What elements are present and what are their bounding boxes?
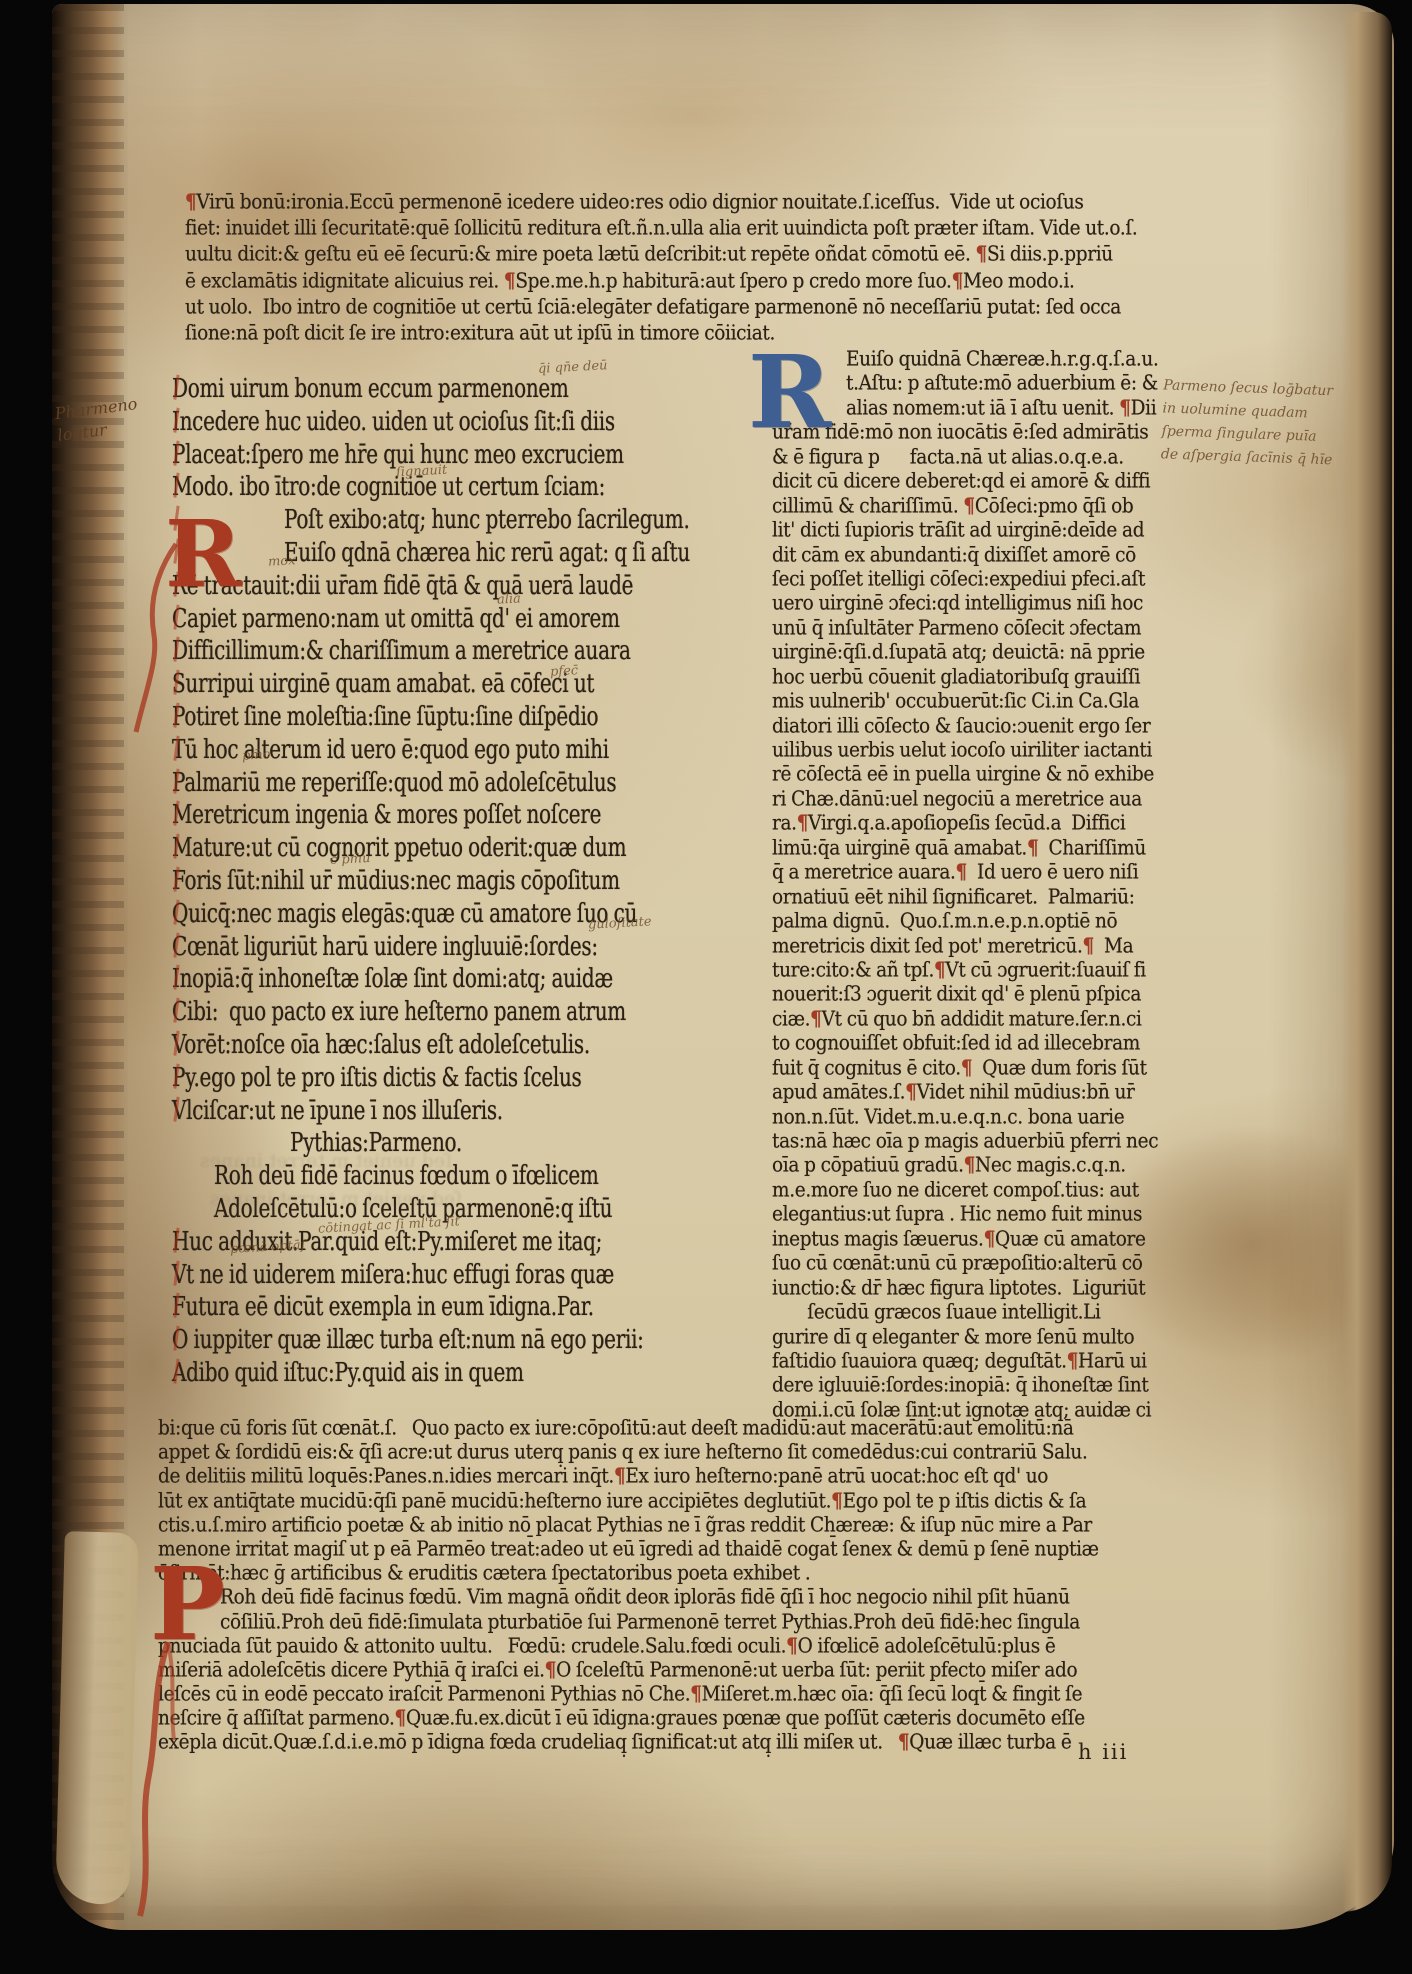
commentary-line: limū:q̄a uirginē quā amabat.¶ Chariſſimū bbox=[772, 836, 1168, 863]
commentary-line: uilibus uerbis uelut iocoſo uiriliter ia… bbox=[772, 738, 1168, 765]
commentary-line: ſione:nā poſt dicit ſe ire intro:exitura… bbox=[185, 320, 1170, 349]
commentary-line: dicit cū dicere deberet:qd ei amorē & di… bbox=[772, 469, 1168, 496]
commentary-line: ctis.u.ſ.miro artificio poetæ & ab initi… bbox=[158, 1513, 1163, 1540]
commentary-line: uirginē:q̄ſi.d.ſupatā atq; deuictā: nā p… bbox=[772, 640, 1168, 667]
commentary-line: pnūciada ſūt pauido & attonito uultu. Fœ… bbox=[158, 1633, 1163, 1660]
commentary-line: ture:cito:& añ tpſ.¶Vt cū ɔgruerit:ſuaui… bbox=[772, 958, 1168, 985]
commentary-line: de delitiis militū loquēs:Panes.n.idies … bbox=[158, 1464, 1163, 1491]
commentary-line: t.Aſtu: p aſtute:mō aduerbium ē: & bbox=[772, 371, 1168, 398]
commentary-group: pnūciada ſūt pauido & attonito uultu. Fœ… bbox=[158, 1635, 1163, 1756]
commentary-line: ē exclamātis idignitate alicuius rei. ¶S… bbox=[185, 267, 1170, 296]
illuminated-initial-R: R bbox=[748, 342, 831, 442]
commentary-line: menone irritat̄ magiſ ut p eā Parmēo tre… bbox=[158, 1537, 1163, 1564]
commentary-line: ciæ.¶Vt cū quo bn̄ addidit mature.ſer.n.… bbox=[772, 1007, 1168, 1034]
commentary-line: non.n.ſūt. Videt.m.u.e.q.n.c. bona uarie bbox=[772, 1104, 1168, 1131]
commentary-line: diatori illi cōſecto & ſaucio:ɔuenit erg… bbox=[772, 713, 1168, 740]
book-page-photo: { "page": { "signature": "h iii", "color… bbox=[0, 0, 1412, 1974]
commentary-line: ineptus magis ſæuerus.¶Quæ cū amatore bbox=[772, 1227, 1168, 1254]
commentary-line: mis uulnerib' occubuerūt:ſic Ci.in Ca.Gl… bbox=[772, 689, 1168, 716]
commentary-line: gurire dī q eleganter & more ſenū multo bbox=[772, 1324, 1168, 1351]
commentary-line: ſuo cū cœnāt:unū cū præpoſitio:alterū cō bbox=[772, 1251, 1168, 1278]
right-margin-annotation: Parmeno ſecus loḡbaturin uolumine quadam… bbox=[1160, 374, 1373, 473]
interlinear-gloss: pfec̄ bbox=[550, 663, 579, 679]
commentary-line: fiet: inuidet illi ſecuritatē:quē ſollic… bbox=[185, 215, 1170, 244]
commentary-line: elegantius:ut ſupra . Hic nemo fuit minu… bbox=[772, 1202, 1168, 1229]
commentary-group: bi:que cū foris ſūt cœnāt.ſ. Quo pacto e… bbox=[158, 1417, 1163, 1586]
commentary-line: ri Chæ.dānū:uel negociū a meretrice aua bbox=[772, 787, 1168, 814]
interlinear-gloss: pm̄o bbox=[242, 747, 271, 763]
page-stack-edge bbox=[1342, 12, 1392, 1912]
commentary-line: iunctio:& dr̄ hæc figura liptotes. Ligur… bbox=[772, 1275, 1168, 1302]
commentary-line: rē cōſectā eē in puella uirgine & nō exh… bbox=[772, 762, 1168, 789]
interlinear-gloss: alia bbox=[497, 591, 522, 607]
commentary-line: leſcēs cū in eodē peccato iraſcit̄ Parme… bbox=[158, 1682, 1163, 1709]
commentary-group: ur̄am fidē:mō non iuocātis ē:ſed admirāt… bbox=[772, 421, 1168, 1423]
commentary-line: ur̄am fidē:mō non iuocātis ē:ſed admirāt… bbox=[772, 420, 1168, 447]
verse-group-indented: Roh deū fidē facinus fœdum o īfœlicemAdo… bbox=[172, 1159, 620, 1225]
interlinear-gloss: c̄ pm̄u bbox=[330, 851, 371, 868]
commentary-line: Roh deū fidē facinus fœdū. Vim magnā oñd… bbox=[158, 1585, 1163, 1612]
commentary-line: ut uolo. Ibo intro de cognitiōe ut certū… bbox=[185, 293, 1170, 322]
commentary-line: q̄ a meretrice auara.¶ Id uero ē uero ni… bbox=[772, 860, 1168, 887]
commentary-column: Euiſo quidnā Chæreæ.h.r.g.q.ſ.a.u.t.Aſtu… bbox=[772, 348, 1168, 1423]
rubricated-initial-P: P bbox=[150, 1554, 225, 1654]
commentary-line: apud amātes.ſ.¶Videt nihil mūdius:bn̄ ur… bbox=[772, 1080, 1168, 1107]
commentary-line: nouerit:ſ3 ɔguerit dixit qd' ē plenū pſp… bbox=[772, 982, 1168, 1009]
page-flap-edge bbox=[55, 1531, 139, 1905]
commentary-line: m.e.more ſuo ne diceret compoſ.tius: aut bbox=[772, 1178, 1168, 1205]
commentary-line: dit cām ex abundanti:q̄ dixiſſet amorē c… bbox=[772, 542, 1168, 569]
commentary-line: to cognouiſſet obfuit:ſed id ad illecebr… bbox=[772, 1031, 1168, 1058]
commentary-line: bi:que cū foris ſūt cœnāt.ſ. Quo pacto e… bbox=[158, 1416, 1163, 1443]
commentary-line: hoc uerbū cōuenit gladiatoribuſq grauiſſ… bbox=[772, 664, 1168, 691]
verse-line: Adibo quid iſtuc:Py.quid ais in quem bbox=[172, 1351, 620, 1394]
commentary-line: meretricis dixit ſed pot' meretricū.¶ Ma bbox=[772, 933, 1168, 960]
commentary-line: cōſiliū.Proh deū fidē:ſimulata pturbatiō… bbox=[158, 1609, 1163, 1636]
bottom-commentary-block: bi:que cū foris ſūt cœnāt.ſ. Quo pacto e… bbox=[158, 1417, 1163, 1756]
commentary-line: cillimū & chariſſimū. ¶Cōſeci:pmo q̄ſi o… bbox=[772, 493, 1168, 520]
commentary-line: ōfirmēt:hæc ḡ artificibus & eruditis cæt… bbox=[158, 1561, 1163, 1588]
commentary-line: ornatiuū eēt nihil ſignificaret. Palmari… bbox=[772, 884, 1168, 911]
interlinear-gloss: mox bbox=[268, 553, 296, 569]
commentary-line: exēpla dicūt.Quæ.ſ.d.i.e.mō p īdigna fœd… bbox=[158, 1730, 1163, 1757]
commentary-line: ra.¶Virgi.q.a.apoſiopeſis ſecūd.a Diffic… bbox=[772, 811, 1168, 838]
commentary-line: palma dignū. Quo.ſ.m.n.e.p.n.optiē nō bbox=[772, 909, 1168, 936]
commentary-line: uultu dicit:& geſtu eū eē ſecurū:& mire … bbox=[185, 241, 1170, 270]
commentary-group-dropcap: Roh deū fidē facinus fœdū. Vim magnā oñd… bbox=[158, 1586, 1163, 1634]
commentary-line: appet & ſordidū eis:& q̄ſi acre:ut durus… bbox=[158, 1440, 1163, 1467]
verse-group: Domi uirum bonum eccum parmenonemInceder… bbox=[172, 372, 620, 503]
commentary-line: neſcire q̄ aſſiſtat parmeno.¶Quæ.fu.ex.d… bbox=[158, 1706, 1163, 1733]
top-commentary-block: ¶Virū bonū:ironia.Eccū permenonē icedere… bbox=[185, 190, 1170, 347]
commentary-line: faſtidio ſuauiora quæq; deguſtāt.¶Harū u… bbox=[772, 1349, 1168, 1376]
commentary-line: & ē figura p facta.nā ut alias.o.q.e.a. bbox=[772, 445, 1168, 472]
commentary-line: miſeriā adoleſcētis dicere Pythiā q̄ ira… bbox=[158, 1658, 1163, 1685]
commentary-line: unū q̄ inſultāter Parmeno cōſecit ɔfecta… bbox=[772, 616, 1168, 643]
commentary-line: alias nomem:ut iā ī aſtu uenit. ¶Dii bbox=[772, 396, 1168, 423]
commentary-line: ſeci poſſet itelligi cōſeci:expediui pfe… bbox=[772, 567, 1168, 594]
commentary-group-dropcap: Euiſo quidnā Chæreæ.h.r.g.q.ſ.a.u.t.Aſtu… bbox=[772, 348, 1168, 421]
quire-signature: h iii bbox=[1078, 1740, 1128, 1764]
commentary-line: uero uirginē ɔfeci:qd intelligimus niſi … bbox=[772, 591, 1168, 618]
commentary-line: dere igluuiē:ſordes:inopiā: q̄ ihoneſtæ … bbox=[772, 1373, 1168, 1400]
commentary-line: oīa p cōpatiuū gradū.¶Nec magis.c.q.n. bbox=[772, 1153, 1168, 1180]
verse-group: Rē tractauit:dii ur̄am fidē q̄tā & quā u… bbox=[172, 569, 620, 1127]
interlinear-gloss: ſignauit bbox=[396, 463, 448, 481]
commentary-line: ſecūdū græcos ſuaue intelligit.Li bbox=[772, 1300, 1168, 1327]
commentary-line: tas:nā hæc oīa p magis aduerbiū pferri n… bbox=[772, 1129, 1168, 1156]
commentary-line: Euiſo quidnā Chæreæ.h.r.g.q.ſ.a.u. bbox=[772, 347, 1168, 374]
commentary-line: lūt ex antiq̄tate mucidū:q̄ſi panē mucid… bbox=[158, 1488, 1163, 1515]
commentary-line: lit' dicti ſupioris trāſit ad uirginē:de… bbox=[772, 518, 1168, 545]
rubricated-initial-R: R bbox=[165, 508, 241, 600]
commentary-line: ¶Virū bonū:ironia.Eccū permenonē icedere… bbox=[185, 189, 1170, 218]
commentary-line: fuit q̄ cognitus ē cito.¶ Quæ dum foris … bbox=[772, 1055, 1168, 1082]
